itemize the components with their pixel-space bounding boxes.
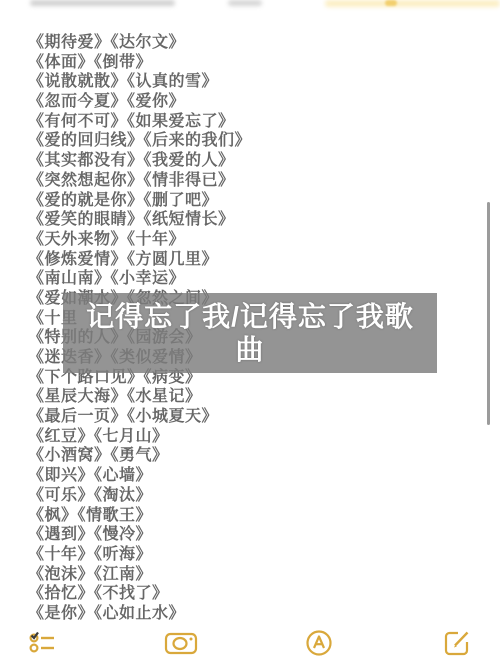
list-item: 《忽而今夏》《爱你》 xyxy=(28,92,468,112)
list-item: 《星辰大海》《水星记》 xyxy=(28,387,468,407)
ghost-smudge xyxy=(30,0,175,6)
list-item: 《十年》《听海》 xyxy=(28,545,468,565)
checklist-icon xyxy=(28,630,58,661)
list-item: 《突然想起你》《情非得已》 xyxy=(28,171,468,191)
list-item: 《最后一页》《小城夏天》 xyxy=(28,407,468,427)
camera-icon xyxy=(164,630,198,661)
list-item: 《期待爱》《达尔文》 xyxy=(28,33,468,53)
list-item: 《天外来物》《十年》 xyxy=(28,230,468,250)
font-style-icon xyxy=(305,629,333,662)
notes-screen: 《期待爱》《达尔文》《体面》《倒带》《说散就散》《认真的雪》《忽而今夏》《爱你》… xyxy=(0,0,500,668)
list-item: 《南山南》《小幸运》 xyxy=(28,269,468,289)
list-item: 《爱的回归线》《后来的我们》 xyxy=(28,131,468,151)
list-item: 《遇到》《慢冷》 xyxy=(28,525,468,545)
list-item: 《有何不可》《如果爱忘了》 xyxy=(28,112,468,132)
caption-overlay: 记得忘了我/记得忘了我歌 曲 xyxy=(63,293,437,373)
compose-icon xyxy=(443,629,471,662)
list-item: 《即兴》《心墙》 xyxy=(28,466,468,486)
list-item: 《体面》《倒带》 xyxy=(28,53,468,73)
bottom-toolbar xyxy=(0,622,500,668)
camera-button[interactable] xyxy=(164,630,198,660)
list-item: 《其实都没有》《我爱的人》 xyxy=(28,151,468,171)
list-item: 《爱的就是你》《删了吧》 xyxy=(28,191,468,211)
ghost-yellow-mark xyxy=(385,0,397,6)
font-style-button[interactable] xyxy=(302,630,336,660)
checklist-button[interactable] xyxy=(26,630,60,660)
list-item: 《拾忆》《不找了》 xyxy=(28,584,468,604)
list-item: 《是你》《心如止水》 xyxy=(28,604,468,624)
list-item: 《爱笑的眼睛》《纸短情长》 xyxy=(28,210,468,230)
scrollbar-thumb[interactable] xyxy=(487,202,490,425)
list-item: 《修炼爱情》《方圆几里》 xyxy=(28,250,468,270)
compose-button[interactable] xyxy=(440,630,474,660)
ghost-smudge xyxy=(228,0,262,6)
top-ghost-band xyxy=(0,0,500,9)
list-item: 《泡沫》《江南》 xyxy=(28,565,468,585)
caption-line-1: 记得忘了我/记得忘了我歌 xyxy=(86,300,414,333)
ghost-yellow-band xyxy=(325,0,500,7)
list-item: 《枫》《情歌王》 xyxy=(28,506,468,526)
caption-line-2: 曲 xyxy=(235,333,264,366)
list-item: 《可乐》《淘汰》 xyxy=(28,486,468,506)
list-item: 《说散就散》《认真的雪》 xyxy=(28,72,468,92)
list-item: 《小酒窝》《勇气》 xyxy=(28,446,468,466)
list-item: 《红豆》《七月山》 xyxy=(28,427,468,447)
